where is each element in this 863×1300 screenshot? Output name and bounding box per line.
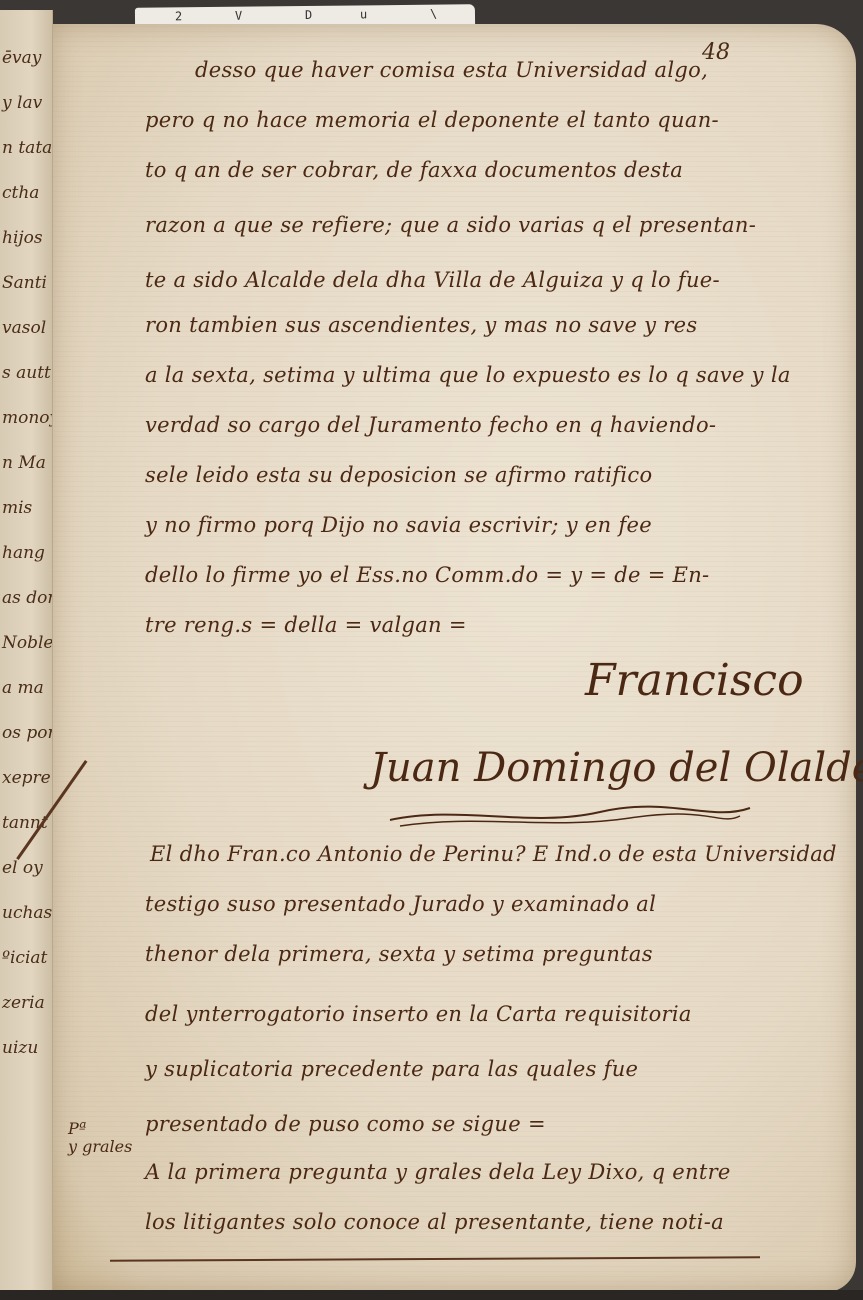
testimony-line: del ynterrogatorio inserto en la Carta r…: [145, 1002, 692, 1026]
testimony-line: A la primera pregunta y grales dela Ley …: [145, 1160, 731, 1184]
testimony-line: testigo suso presentado Jurado y examina…: [145, 892, 656, 916]
left-fragment: el oy: [2, 858, 43, 878]
left-fragment: mis: [2, 498, 32, 518]
left-fragment: s auttu: [2, 363, 53, 383]
text-line: dello lo firme yo el Ess.no Comm.do = y …: [145, 563, 709, 587]
left-fragment: vasol: [2, 318, 46, 338]
margin-note-line: y grales: [68, 1138, 132, 1156]
testimony-line: thenor dela primera, sexta y setima preg…: [145, 942, 653, 966]
commissioner-signature: Juan Domingo del Olalde: [370, 745, 863, 791]
testimony-line: El dho Fran.co Antonio de Perinu? E Ind.…: [150, 842, 837, 866]
text-line: desso que haver comisa esta Universidad …: [195, 58, 708, 82]
text-line: to q an de ser cobrar, de faxxa document…: [145, 158, 683, 182]
left-fragment: xepre: [2, 768, 51, 788]
tab-mark: V: [235, 9, 242, 23]
tab-mark: 2: [175, 9, 182, 23]
signature-flourish: [380, 800, 760, 830]
left-fragment: ºiciat: [2, 948, 47, 968]
text-line: te a sido Alcalde dela dha Villa de Algu…: [145, 268, 720, 292]
text-line: tre reng.s = della = valgan =: [145, 613, 467, 637]
left-facing-page: ēvay y lav n tata ctha hijos Santi vasol…: [0, 10, 53, 1295]
left-fragment: zeria: [2, 993, 45, 1013]
left-fragment: n tata: [2, 138, 52, 158]
text-line: y no firmo porq Dijo no savia escrivir; …: [145, 513, 652, 537]
margin-note: Pª y grales: [68, 1120, 132, 1156]
text-line: verdad so cargo del Juramento fecho en q…: [145, 413, 716, 437]
left-fragment: n Ma: [2, 453, 46, 473]
left-fragment: a ma: [2, 678, 44, 698]
scan-bottom-edge: [0, 1290, 863, 1300]
left-fragment: y lav: [2, 93, 42, 113]
text-line: sele leido esta su deposicion se afirmo …: [145, 463, 652, 487]
left-fragment: Santi: [2, 273, 47, 293]
tab-mark: u: [360, 7, 367, 21]
text-line: ron tambien sus ascendientes, y mas no s…: [145, 313, 697, 337]
left-fragment: hijos: [2, 228, 43, 248]
margin-note-line: Pª: [68, 1120, 132, 1138]
left-fragment: uchas: [2, 903, 52, 923]
testimony-line: presentado de puso como se sigue =: [145, 1112, 546, 1136]
tab-mark: \: [430, 7, 437, 21]
left-fragment: os por: [2, 723, 53, 743]
testimony-line: y suplicatoria precedente para las quale…: [145, 1057, 638, 1081]
text-line: a la sexta, setima y ultima que lo expue…: [145, 363, 791, 387]
testimony-line: los litigantes solo conoce al presentant…: [145, 1210, 724, 1234]
left-fragment: hang: [2, 543, 45, 563]
left-fragment: as don: [2, 588, 53, 608]
tab-mark: D: [305, 8, 312, 22]
text-line: razon a que se refiere; que a sido varia…: [145, 213, 756, 237]
left-fragment: uizu: [2, 1038, 38, 1058]
left-fragment: ctha: [2, 183, 39, 203]
left-fragment: monoy: [2, 408, 53, 428]
text-line: pero q no hace memoria el deponente el t…: [145, 108, 719, 132]
left-fragment: ēvay: [2, 48, 41, 68]
notary-signature: Francisco: [585, 655, 804, 706]
left-fragment: Nobles: [2, 633, 53, 653]
